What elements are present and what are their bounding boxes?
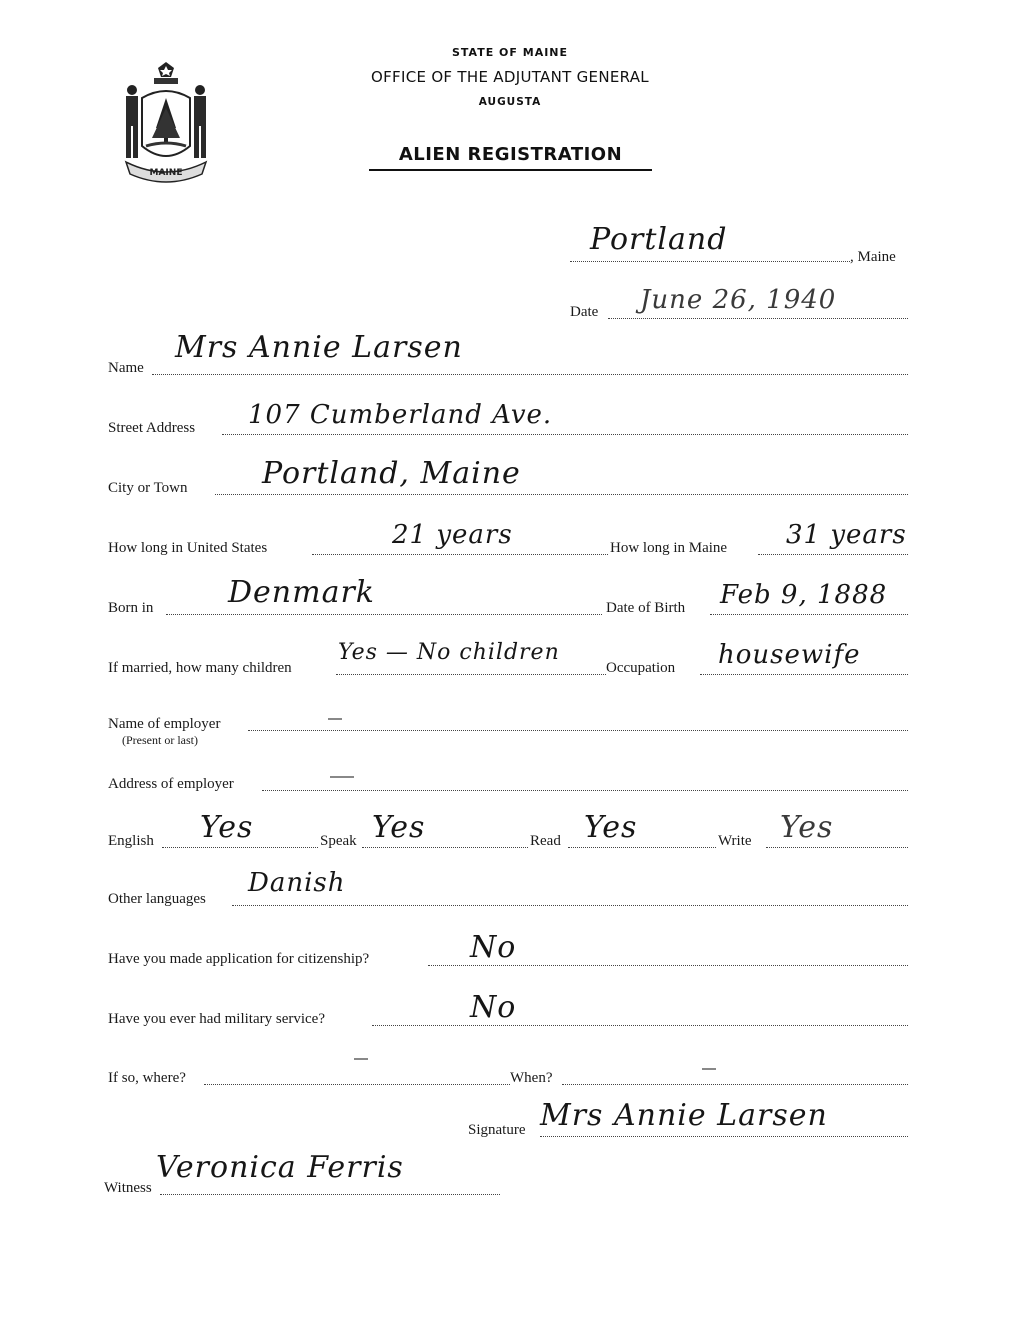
- occupation-value: housewife: [718, 640, 860, 670]
- born-in-label: Born in: [108, 600, 153, 617]
- date-label: Date: [570, 304, 598, 321]
- citizenship-value: No: [470, 930, 516, 965]
- when-line: [562, 1084, 908, 1085]
- employer-name-value: [328, 718, 342, 720]
- citizenship-line: [428, 965, 908, 966]
- city-heading: AUGUSTA: [340, 96, 680, 108]
- when-value: [702, 1068, 716, 1070]
- english-value: Yes: [200, 810, 253, 845]
- read-label: Read: [530, 833, 561, 850]
- name-value: Mrs Annie Larsen: [175, 330, 463, 365]
- signature-line: [540, 1136, 908, 1137]
- title-underline: [369, 169, 652, 171]
- born-in-line: [166, 614, 602, 615]
- name-label: Name: [108, 360, 144, 377]
- street-address-label: Street Address: [108, 420, 195, 437]
- born-in-value: Denmark: [228, 575, 375, 610]
- maine-state-seal-icon: MAINE: [112, 58, 220, 184]
- other-languages-value: Danish: [248, 868, 346, 898]
- speak-label: Speak: [320, 833, 357, 850]
- military-line: [372, 1025, 908, 1026]
- where-line: [204, 1084, 510, 1085]
- how-long-maine-line: [758, 554, 908, 555]
- occupation-label: Occupation: [606, 660, 675, 677]
- employer-name-label: Name of employer: [108, 716, 220, 733]
- name-line: [152, 374, 908, 375]
- city-value: Portland, Maine: [262, 456, 521, 491]
- location-value: Portland: [590, 222, 727, 257]
- other-languages-label: Other languages: [108, 891, 206, 908]
- employer-address-label: Address of employer: [108, 776, 234, 793]
- where-value: [354, 1058, 368, 1060]
- employer-name-sublabel: (Present or last): [122, 733, 198, 748]
- date-value: June 26, 1940: [640, 285, 836, 315]
- employer-address-line: [262, 790, 908, 791]
- where-label: If so, where?: [108, 1070, 186, 1087]
- military-value: No: [470, 990, 516, 1025]
- how-long-us-label: How long in United States: [108, 540, 267, 557]
- english-label: English: [108, 833, 154, 850]
- speak-value: Yes: [372, 810, 425, 845]
- date-line: [608, 318, 908, 319]
- write-value: Yes: [780, 810, 833, 845]
- state-heading: STATE OF MAINE: [340, 46, 680, 59]
- location-suffix: , Maine: [850, 249, 896, 266]
- other-languages-line: [232, 905, 908, 906]
- date-of-birth-value: Feb 9, 1888: [720, 580, 887, 610]
- how-long-maine-label: How long in Maine: [610, 540, 727, 557]
- military-label: Have you ever had military service?: [108, 1011, 325, 1028]
- children-label: If married, how many children: [108, 660, 292, 677]
- read-value: Yes: [584, 810, 637, 845]
- form-title: ALIEN REGISTRATION: [369, 144, 652, 165]
- location-line: [570, 261, 850, 262]
- when-label: When?: [510, 1070, 552, 1087]
- speak-line: [362, 847, 528, 848]
- office-heading: OFFICE OF THE ADJUTANT GENERAL: [340, 68, 680, 86]
- read-line: [568, 847, 716, 848]
- employer-address-value: [330, 776, 354, 778]
- street-address-value: 107 Cumberland Ave.: [248, 400, 552, 430]
- children-value: Yes — No children: [338, 640, 560, 665]
- write-label: Write: [718, 833, 752, 850]
- how-long-us-value: 21 years: [392, 520, 513, 550]
- street-address-line: [222, 434, 908, 435]
- signature-value: Mrs Annie Larsen: [540, 1098, 828, 1133]
- witness-value: Veronica Ferris: [156, 1150, 404, 1185]
- witness-line: [160, 1194, 500, 1195]
- employer-name-line: [248, 730, 908, 731]
- children-line: [336, 674, 606, 675]
- city-label: City or Town: [108, 480, 188, 497]
- write-line: [766, 847, 908, 848]
- occupation-line: [700, 674, 908, 675]
- how-long-us-line: [312, 554, 608, 555]
- city-line: [215, 494, 908, 495]
- date-of-birth-label: Date of Birth: [606, 600, 685, 617]
- signature-label: Signature: [468, 1122, 526, 1139]
- svg-text:MAINE: MAINE: [150, 168, 183, 178]
- how-long-maine-value: 31 years: [786, 520, 907, 550]
- witness-label: Witness: [104, 1180, 152, 1197]
- citizenship-label: Have you made application for citizenshi…: [108, 951, 369, 968]
- english-line: [162, 847, 318, 848]
- date-of-birth-line: [710, 614, 908, 615]
